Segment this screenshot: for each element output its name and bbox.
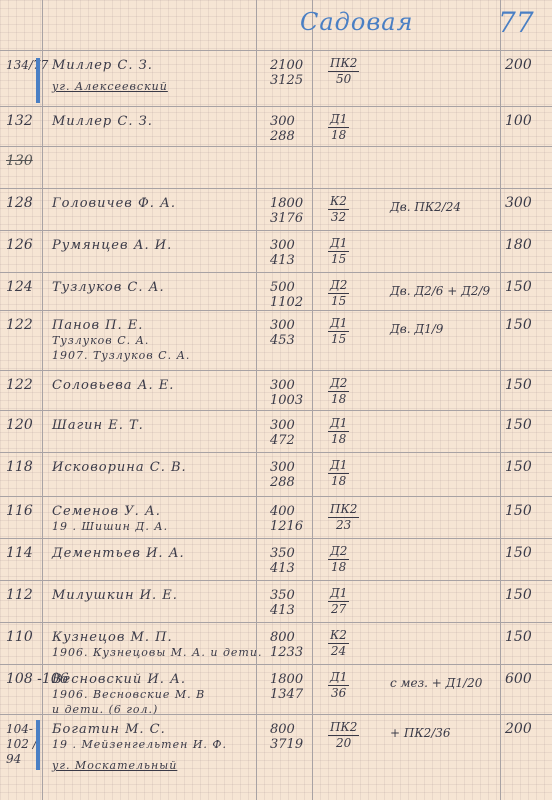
row-rule xyxy=(0,272,552,273)
owner-names: Шагин Е. Т. xyxy=(52,418,144,433)
fraction-bottom: 23 xyxy=(328,518,359,533)
house-number: 122 xyxy=(6,378,33,393)
assessed-value: 150 xyxy=(505,318,532,333)
fraction-top: Д1 xyxy=(328,416,349,432)
fraction-top: К2 xyxy=(328,628,349,644)
fraction-bottom: 15 xyxy=(328,332,349,347)
area-value: 1003 xyxy=(270,393,303,408)
owner-line: Дементьев И. А. xyxy=(52,546,185,561)
assessed-value: 100 xyxy=(505,114,532,129)
assessed-value: 150 xyxy=(505,418,532,433)
table-row: 120Шагин Е. Т.300472Д118150 xyxy=(0,410,552,452)
area-value: 3176 xyxy=(270,211,303,226)
area-values: 3001003 xyxy=(270,378,303,408)
fraction-bottom: 18 xyxy=(328,432,349,447)
building-class: ПК223 xyxy=(328,502,359,533)
table-row: 116Семенов У. А.19 . Шишин Д. А.4001216П… xyxy=(0,496,552,538)
fraction: ПК223 xyxy=(328,502,359,533)
house-number: 126 xyxy=(6,238,33,253)
row-rule xyxy=(0,452,552,453)
house-number: 122 xyxy=(6,318,33,333)
house-number: 128 xyxy=(6,196,33,211)
area-values: 300453 xyxy=(270,318,295,348)
fraction-bottom: 32 xyxy=(328,210,349,225)
owner-names: Тузлуков С. А. xyxy=(52,280,165,295)
owner-names: Семенов У. А.19 . Шишин Д. А. xyxy=(52,504,168,534)
owner-line: Миллер С. З. xyxy=(52,58,168,73)
building-class: Д115 xyxy=(328,316,349,347)
area-values: 300288 xyxy=(270,114,295,144)
owner-line: Весновский И. А. xyxy=(52,672,205,687)
building-class: К224 xyxy=(328,628,349,659)
row-rule xyxy=(0,370,552,371)
fraction: ПК220 xyxy=(328,720,359,751)
fraction-top: Д2 xyxy=(328,544,349,560)
owner-line: Панов П. Е. xyxy=(52,318,190,333)
row-rule xyxy=(0,580,552,581)
fraction-top: ПК2 xyxy=(328,502,359,518)
owner-line: Тузлуков С. А. xyxy=(52,333,190,348)
fraction-top: Д2 xyxy=(328,376,349,392)
fraction: Д115 xyxy=(328,316,349,347)
building-class: Д115 xyxy=(328,236,349,267)
table-row: 128Головичев Ф. А.18003176К232Дв. ПК2/24… xyxy=(0,188,552,230)
owner-names: Весновский И. А.1906. Весновские М. Ви д… xyxy=(52,672,205,717)
house-number: 130 xyxy=(6,154,33,169)
row-rule xyxy=(0,496,552,497)
assessed-value: 150 xyxy=(505,280,532,295)
area-value: 1800 xyxy=(270,672,303,687)
owner-line: Семенов У. А. xyxy=(52,504,168,519)
fraction: К232 xyxy=(328,194,349,225)
table-row: 118Исковорина С. В.300288Д118150 xyxy=(0,452,552,496)
extra-notes: Дв. ПК2/24 xyxy=(390,200,461,215)
fraction-bottom: 15 xyxy=(328,294,349,309)
area-value: 300 xyxy=(270,318,295,333)
area-value: 2100 xyxy=(270,58,303,73)
area-value: 500 xyxy=(270,280,303,295)
area-value: 300 xyxy=(270,418,295,433)
fraction: Д118 xyxy=(328,458,349,489)
owner-line: 1906. Весновские М. В xyxy=(52,687,205,702)
table-row: 112Милушкин И. Е.350413Д127150 xyxy=(0,580,552,622)
area-value: 472 xyxy=(270,433,295,448)
extra-notes: Дв. Д2/6 + Д2/9 xyxy=(390,284,490,299)
area-value: 1233 xyxy=(270,645,303,660)
table-row: 130 xyxy=(0,146,552,188)
fraction-bottom: 20 xyxy=(328,736,359,751)
area-values: 300472 xyxy=(270,418,295,448)
row-rule xyxy=(0,622,552,623)
house-number: 124 xyxy=(6,280,33,295)
owner-line: Кузнецов М. П. xyxy=(52,630,262,645)
area-value: 800 xyxy=(270,630,303,645)
assessed-value: 150 xyxy=(505,630,532,645)
table-row: 110Кузнецов М. П.1906. Кузнецовы М. А. и… xyxy=(0,622,552,664)
house-number: 118 xyxy=(6,460,33,475)
area-values: 8001233 xyxy=(270,630,303,660)
owner-names: Панов П. Е.Тузлуков С. А.1907. Тузлуков … xyxy=(52,318,190,363)
area-value: 413 xyxy=(270,603,295,618)
table-row: 126Румянцев А. И.300413Д115180 xyxy=(0,230,552,272)
house-number: 120 xyxy=(6,418,33,433)
fraction: Д136 xyxy=(328,670,349,701)
area-value: 300 xyxy=(270,114,295,129)
street-name: Садовая xyxy=(300,8,414,36)
building-class: Д118 xyxy=(328,416,349,447)
assessed-value: 600 xyxy=(505,672,532,687)
owner-line: Соловьева А. Е. xyxy=(52,378,174,393)
building-class: Д118 xyxy=(328,112,349,143)
row-rule xyxy=(0,50,552,51)
table-row: 132Миллер С. З.300288Д118100 xyxy=(0,106,552,146)
area-value: 453 xyxy=(270,333,295,348)
owner-names: Миллер С. З. xyxy=(52,114,153,129)
area-values: 300288 xyxy=(270,460,295,490)
area-value: 3125 xyxy=(270,73,303,88)
area-value: 1800 xyxy=(270,196,303,211)
building-class: Д118 xyxy=(328,458,349,489)
owner-line: Тузлуков С. А. xyxy=(52,280,165,295)
assessed-value: 150 xyxy=(505,378,532,393)
fraction-bottom: 18 xyxy=(328,392,349,407)
row-rule xyxy=(0,714,552,715)
building-class: Д136 xyxy=(328,670,349,701)
fraction: Д118 xyxy=(328,416,349,447)
row-rule xyxy=(0,310,552,311)
fraction: Д115 xyxy=(328,236,349,267)
house-number: 132 xyxy=(6,114,33,129)
corner-marker xyxy=(36,720,40,770)
house-number: 114 xyxy=(6,546,33,561)
fraction-bottom: 27 xyxy=(328,602,349,617)
house-number: 112 xyxy=(6,588,33,603)
owner-line: Милушкин И. Е. xyxy=(52,588,178,603)
building-class: ПК220 xyxy=(328,720,359,751)
fraction: ПК250 xyxy=(328,56,359,87)
house-number: 116 xyxy=(6,504,33,519)
table-row: 134/77Миллер С. З.уг. Алексеевский210031… xyxy=(0,50,552,106)
fraction: К224 xyxy=(328,628,349,659)
fraction-top: Д1 xyxy=(328,316,349,332)
fraction-top: Д1 xyxy=(328,670,349,686)
fraction-bottom: 18 xyxy=(328,560,349,575)
fraction-top: Д1 xyxy=(328,112,349,128)
owner-line: 1906. Кузнецовы М. А. и дети. xyxy=(52,645,262,660)
owner-names: Богатин М. С.19 . Мейзенгельтен И. Ф.уг.… xyxy=(52,722,227,773)
area-values: 5001102 xyxy=(270,280,303,310)
area-value: 300 xyxy=(270,460,295,475)
area-value: 1216 xyxy=(270,519,303,534)
fraction: Д218 xyxy=(328,544,349,575)
extra-notes: с мез. + Д1/20 xyxy=(390,676,482,691)
table-row: 114Дементьев И. А.350413Д218150 xyxy=(0,538,552,580)
owner-names: Милушкин И. Е. xyxy=(52,588,178,603)
assessed-value: 300 xyxy=(505,196,532,211)
building-class: Д127 xyxy=(328,586,349,617)
area-value: 400 xyxy=(270,504,303,519)
owner-names: Соловьева А. Е. xyxy=(52,378,174,393)
area-value: 413 xyxy=(270,561,295,576)
owner-names: Миллер С. З.уг. Алексеевский xyxy=(52,58,168,94)
assessed-value: 150 xyxy=(505,460,532,475)
owner-line: Румянцев А. И. xyxy=(52,238,172,253)
area-value: 350 xyxy=(270,546,295,561)
row-rule xyxy=(0,410,552,411)
fraction-top: Д2 xyxy=(328,278,349,294)
row-rule xyxy=(0,188,552,189)
row-rule xyxy=(0,538,552,539)
table-row: 122Панов П. Е.Тузлуков С. А.1907. Тузлук… xyxy=(0,310,552,370)
area-value: 3719 xyxy=(270,737,303,752)
area-value: 413 xyxy=(270,253,295,268)
fraction-top: Д1 xyxy=(328,236,349,252)
owner-line: 1907. Тузлуков С. А. xyxy=(52,348,190,363)
table-row: 124Тузлуков С. А.5001102Д215Дв. Д2/6 + Д… xyxy=(0,272,552,310)
owner-names: Кузнецов М. П.1906. Кузнецовы М. А. и де… xyxy=(52,630,262,660)
area-values: 350413 xyxy=(270,588,295,618)
fraction-top: Д1 xyxy=(328,458,349,474)
fraction: Д215 xyxy=(328,278,349,309)
row-rule xyxy=(0,230,552,231)
building-class: Д215 xyxy=(328,278,349,309)
area-values: 18003176 xyxy=(270,196,303,226)
extra-notes: Дв. Д1/9 xyxy=(390,322,443,337)
owner-line: Миллер С. З. xyxy=(52,114,153,129)
building-class: ПК250 xyxy=(328,56,359,87)
fraction-top: К2 xyxy=(328,194,349,210)
row-rule xyxy=(0,664,552,665)
fraction-bottom: 36 xyxy=(328,686,349,701)
assessed-value: 180 xyxy=(505,238,532,253)
area-values: 4001216 xyxy=(270,504,303,534)
house-number: 110 xyxy=(6,630,33,645)
table-row: 122Соловьева А. Е.3001003Д218150 xyxy=(0,370,552,410)
fraction-bottom: 24 xyxy=(328,644,349,659)
table-row: 104-102 / 94Богатин М. С.19 . Мейзенгель… xyxy=(0,714,552,800)
fraction-top: Д1 xyxy=(328,586,349,602)
area-value: 288 xyxy=(270,129,295,144)
assessed-value: 150 xyxy=(505,504,532,519)
owner-line: Исковорина С. В. xyxy=(52,460,187,475)
fraction: Д127 xyxy=(328,586,349,617)
owner-names: Румянцев А. И. xyxy=(52,238,172,253)
assessed-value: 200 xyxy=(505,58,532,73)
area-values: 350413 xyxy=(270,546,295,576)
row-rule xyxy=(0,146,552,147)
fraction-bottom: 18 xyxy=(328,128,349,143)
fraction-top: ПК2 xyxy=(328,720,359,736)
owner-names: Исковорина С. В. xyxy=(52,460,187,475)
owner-line: Головичев Ф. А. xyxy=(52,196,176,211)
owner-line: 19 . Шишин Д. А. xyxy=(52,519,168,534)
area-value: 288 xyxy=(270,475,295,490)
building-class: Д218 xyxy=(328,544,349,575)
corner-marker xyxy=(36,58,40,103)
assessed-value: 200 xyxy=(505,722,532,737)
building-class: К232 xyxy=(328,194,349,225)
fraction: Д218 xyxy=(328,376,349,407)
fraction-bottom: 50 xyxy=(328,72,359,87)
assessed-value: 150 xyxy=(505,546,532,561)
fraction: Д118 xyxy=(328,112,349,143)
owner-line: Шагин Е. Т. xyxy=(52,418,144,433)
owner-line: Богатин М. С. xyxy=(52,722,227,737)
table-row: 108 -106Весновский И. А.1906. Весновские… xyxy=(0,664,552,714)
area-values: 21003125 xyxy=(270,58,303,88)
fraction-bottom: 18 xyxy=(328,474,349,489)
area-value: 1102 xyxy=(270,295,303,310)
area-values: 8003719 xyxy=(270,722,303,752)
area-values: 300413 xyxy=(270,238,295,268)
area-value: 1347 xyxy=(270,687,303,702)
owner-line: уг. Москательный xyxy=(52,758,227,773)
fraction-top: ПК2 xyxy=(328,56,359,72)
owner-line: уг. Алексеевский xyxy=(52,79,168,94)
owner-line: 19 . Мейзенгельтен И. Ф. xyxy=(52,737,227,752)
extra-notes: + ПК2/36 xyxy=(390,726,451,741)
area-values: 18001347 xyxy=(270,672,303,702)
row-rule xyxy=(0,106,552,107)
fraction-bottom: 15 xyxy=(328,252,349,267)
assessed-value: 150 xyxy=(505,588,532,603)
area-value: 300 xyxy=(270,378,303,393)
area-value: 300 xyxy=(270,238,295,253)
page-number: 77 xyxy=(498,6,534,39)
owner-names: Дементьев И. А. xyxy=(52,546,185,561)
area-value: 800 xyxy=(270,722,303,737)
owner-names: Головичев Ф. А. xyxy=(52,196,176,211)
building-class: Д218 xyxy=(328,376,349,407)
area-value: 350 xyxy=(270,588,295,603)
